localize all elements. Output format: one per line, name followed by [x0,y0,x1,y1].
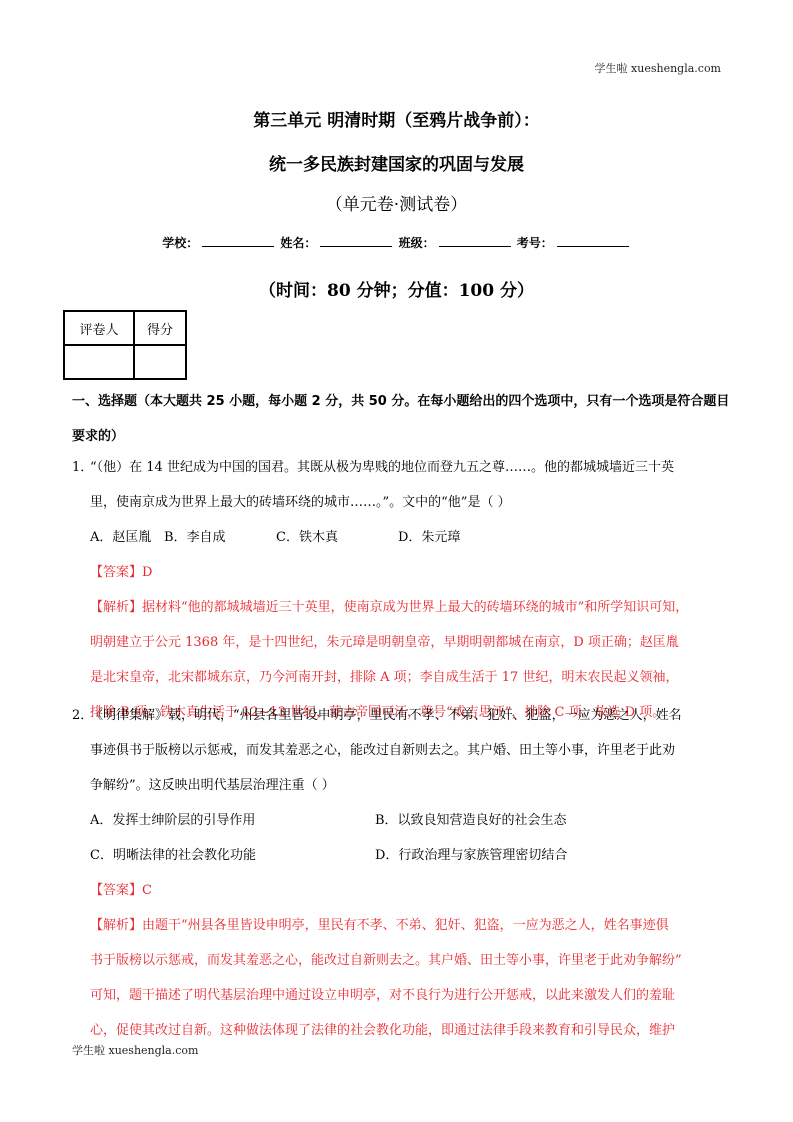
option-d[interactable]: D．朱元璋 [398,520,460,555]
option-c[interactable]: C．明晰法律的社会教化功能 [90,838,375,873]
question-stem-cont: 事迹俱书于版榜以示惩戒，而发其羞恶之心，能改过自新则去之。其户婚、田土等小事，许… [72,733,732,768]
class-label: 班级： [399,236,435,250]
analysis-line: 是北宋皇帝，北宋都城东京，乃今河南开封，排除 A 项；李自成生活于 17 世纪，… [72,660,732,695]
question-stem-cont: 争解纷”。这反映出明代基层治理注重（ ） [72,768,732,803]
score-header: 得分 [134,311,186,345]
paper-type: （单元卷·测试卷） [0,190,793,215]
question-number: 1． [72,450,90,485]
grader-cell[interactable] [64,345,134,379]
option-d[interactable]: D．行政治理与家族管理密切结合 [375,838,675,873]
grader-header: 评卷人 [64,311,134,345]
class-blank[interactable] [439,234,511,247]
score-cell[interactable] [134,345,186,379]
options: A．赵匡胤B．李自成C．铁木真D．朱元璋 [72,520,732,555]
unit-title: 第三单元 明清时期（至鸦片战争前）： [0,106,793,131]
option-b[interactable]: B．以致良知营造良好的社会生态 [375,803,675,838]
question-2: 2．《明律集解》载，明代，“州县各里皆设申明亭，里民有不孝、不弟、犯奸、犯盗，一… [72,698,732,1048]
question-stem: 《明律集解》载，明代，“州县各里皆设申明亭，里民有不孝、不弟、犯奸、犯盗，一应为… [90,708,682,723]
question-stem: “（他）在 14 世纪成为中国的国君。其既从极为卑贱的地位而登九五之尊……。他的… [90,460,674,475]
question-stem-cont: 里，使南京成为世界上最大的砖墙环绕的城市……。”。文中的“他”是（ ） [72,485,732,520]
option-a[interactable]: A．发挥士绅阶层的引导作用 [90,803,375,838]
student-info-fields: 学校： 姓名： 班级： 考号： [0,234,793,251]
analysis-line: 书于版榜以示惩戒，而发其羞恶之心，能改过自新则去之。其户婚、田土等小事，许里老于… [72,943,732,978]
analysis-line: 【解析】由题干“州县各里皆设申明亭，里民有不孝、不弟、犯奸、犯盗，一应为恶之人，… [72,908,732,943]
options: A．发挥士绅阶层的引导作用 B．以致良知营造良好的社会生态 C．明晰法律的社会教… [72,803,732,873]
time-and-score-info: （时间：80 分钟；分值：100 分） [0,276,793,301]
section-title: 一、选择题（本大题共 25 小题，每小题 2 分，共 50 分。在每小题给出的四… [72,384,732,454]
answer: 【答案】D [72,555,732,590]
school-blank[interactable] [202,234,274,247]
score-table: 评卷人 得分 [63,310,187,380]
name-label: 姓名： [280,236,316,250]
analysis-line: 可知，题干描述了明代基层治理中通过设立申明亭，对不良行为进行公开惩戒，以此来激发… [72,978,732,1013]
exam-number-blank[interactable] [557,234,629,247]
header-brand: 学生啦 xueshengla.com [595,60,721,76]
exam-number-label: 考号： [517,236,553,250]
answer: 【答案】C [72,873,732,908]
question-number: 2． [72,698,90,733]
analysis-line: 明朝建立于公元 1368 年，是十四世纪，朱元璋是明朝皇帝，早期明朝都城在南京，… [72,625,732,660]
analysis-line: 【解析】据材料“他的都城城墙近三十英里，使南京成为世界上最大的砖墙环绕的城市”和… [72,590,732,625]
option-a[interactable]: A．赵匡胤 [90,520,164,555]
footer-brand: 学生啦 xueshengla.com [72,1042,198,1058]
option-c[interactable]: C．铁木真 [276,520,398,555]
unit-subtitle: 统一多民族封建国家的巩固与发展 [0,150,793,175]
name-blank[interactable] [320,234,392,247]
school-label: 学校： [162,236,198,250]
option-b[interactable]: B．李自成 [164,520,276,555]
question-1: 1．“（他）在 14 世纪成为中国的国君。其既从极为卑贱的地位而登九五之尊……。… [72,450,732,730]
